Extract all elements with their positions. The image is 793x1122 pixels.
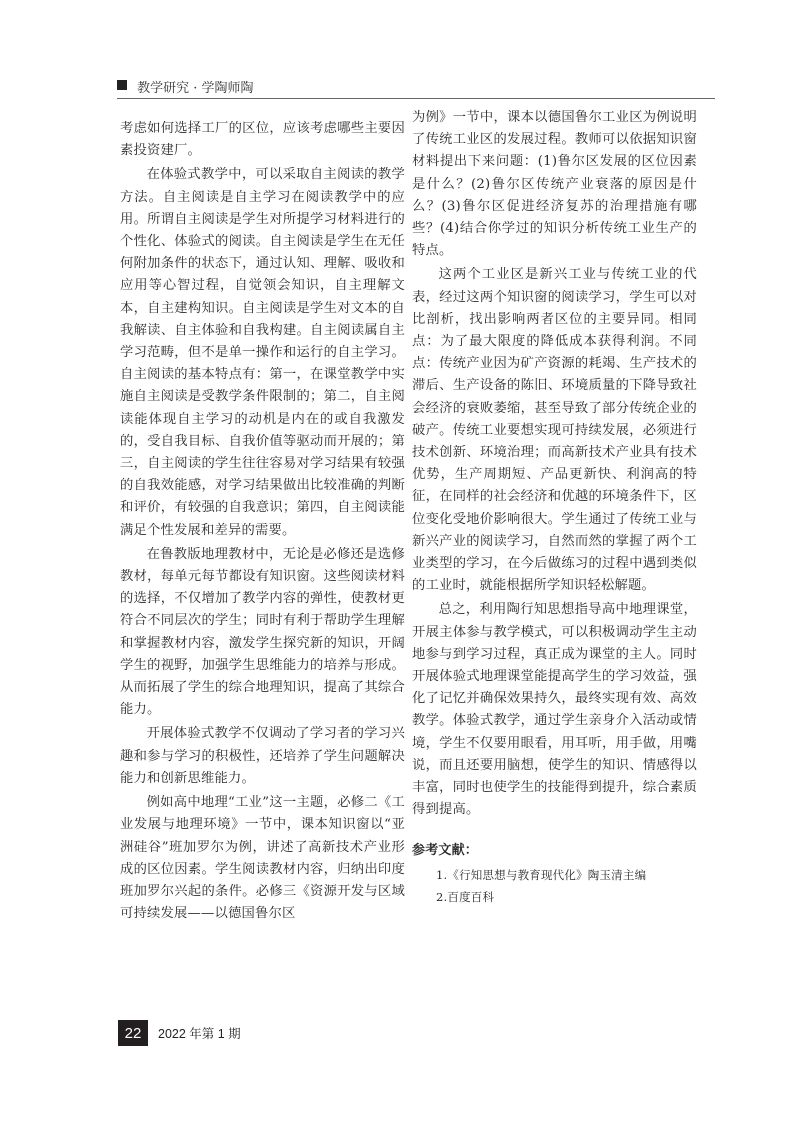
reference-item: 1.《行知思想与教育现代化》陶玉清主编: [412, 864, 697, 886]
paragraph: 在鲁教版地理教材中，无论是必修还是选修教材，每单元每节都设有知识窗。这些阅读材料…: [120, 544, 405, 722]
section-title: 教学研究 · 学陶师陶: [137, 81, 253, 96]
page-footer: 22 2022 年第 1 期: [118, 1020, 241, 1046]
paragraph: 这两个工业区是新兴工业与传统工业的代表，经过这两个知识窗的阅读学习，学生可以对比…: [412, 264, 697, 597]
issue-label: 2022 年第 1 期: [158, 1024, 241, 1042]
page-number: 22: [118, 1020, 148, 1046]
right-column: 为例》一节中，课本以德国鲁尔工业区为例说明了传统工业区的发展过程。教师可以依据知…: [412, 107, 697, 908]
left-column: 考虑如何选择工厂的区位，应该考虑哪些主要因素投资建厂。 在体验式教学中，可以采取…: [120, 118, 405, 927]
references: 参考文献： 1.《行知思想与教育现代化》陶玉清主编 2.百度百科: [412, 840, 697, 908]
paragraph: 在体验式教学中，可以采取自主阅读的教学方法。自主阅读是自主学习在阅读教学中的应用…: [120, 164, 405, 541]
paragraph: 例如高中地理“工业”这一主题，必修二《工业发展与地理环境》一节中，课本知识窗以“…: [120, 792, 405, 925]
references-title: 参考文献：: [412, 840, 697, 862]
running-header: 教学研究 · 学陶师陶: [117, 76, 715, 99]
paragraph: 考虑如何选择工厂的区位，应该考虑哪些主要因素投资建厂。: [120, 118, 405, 162]
reference-item: 2.百度百科: [412, 886, 697, 908]
paragraph: 开展体验式教学不仅调动了学习者的学习兴趣和参与学习的积极性，还培养了学生问题解决…: [120, 723, 405, 790]
paragraph: 为例》一节中，课本以德国鲁尔工业区为例说明了传统工业区的发展过程。教师可以依据知…: [412, 107, 697, 262]
black-square-icon: [117, 80, 127, 90]
paragraph: 总之，利用陶行知思想指导高中地理课堂，开展主体参与教学模式，可以积极调动学生主动…: [412, 599, 697, 821]
